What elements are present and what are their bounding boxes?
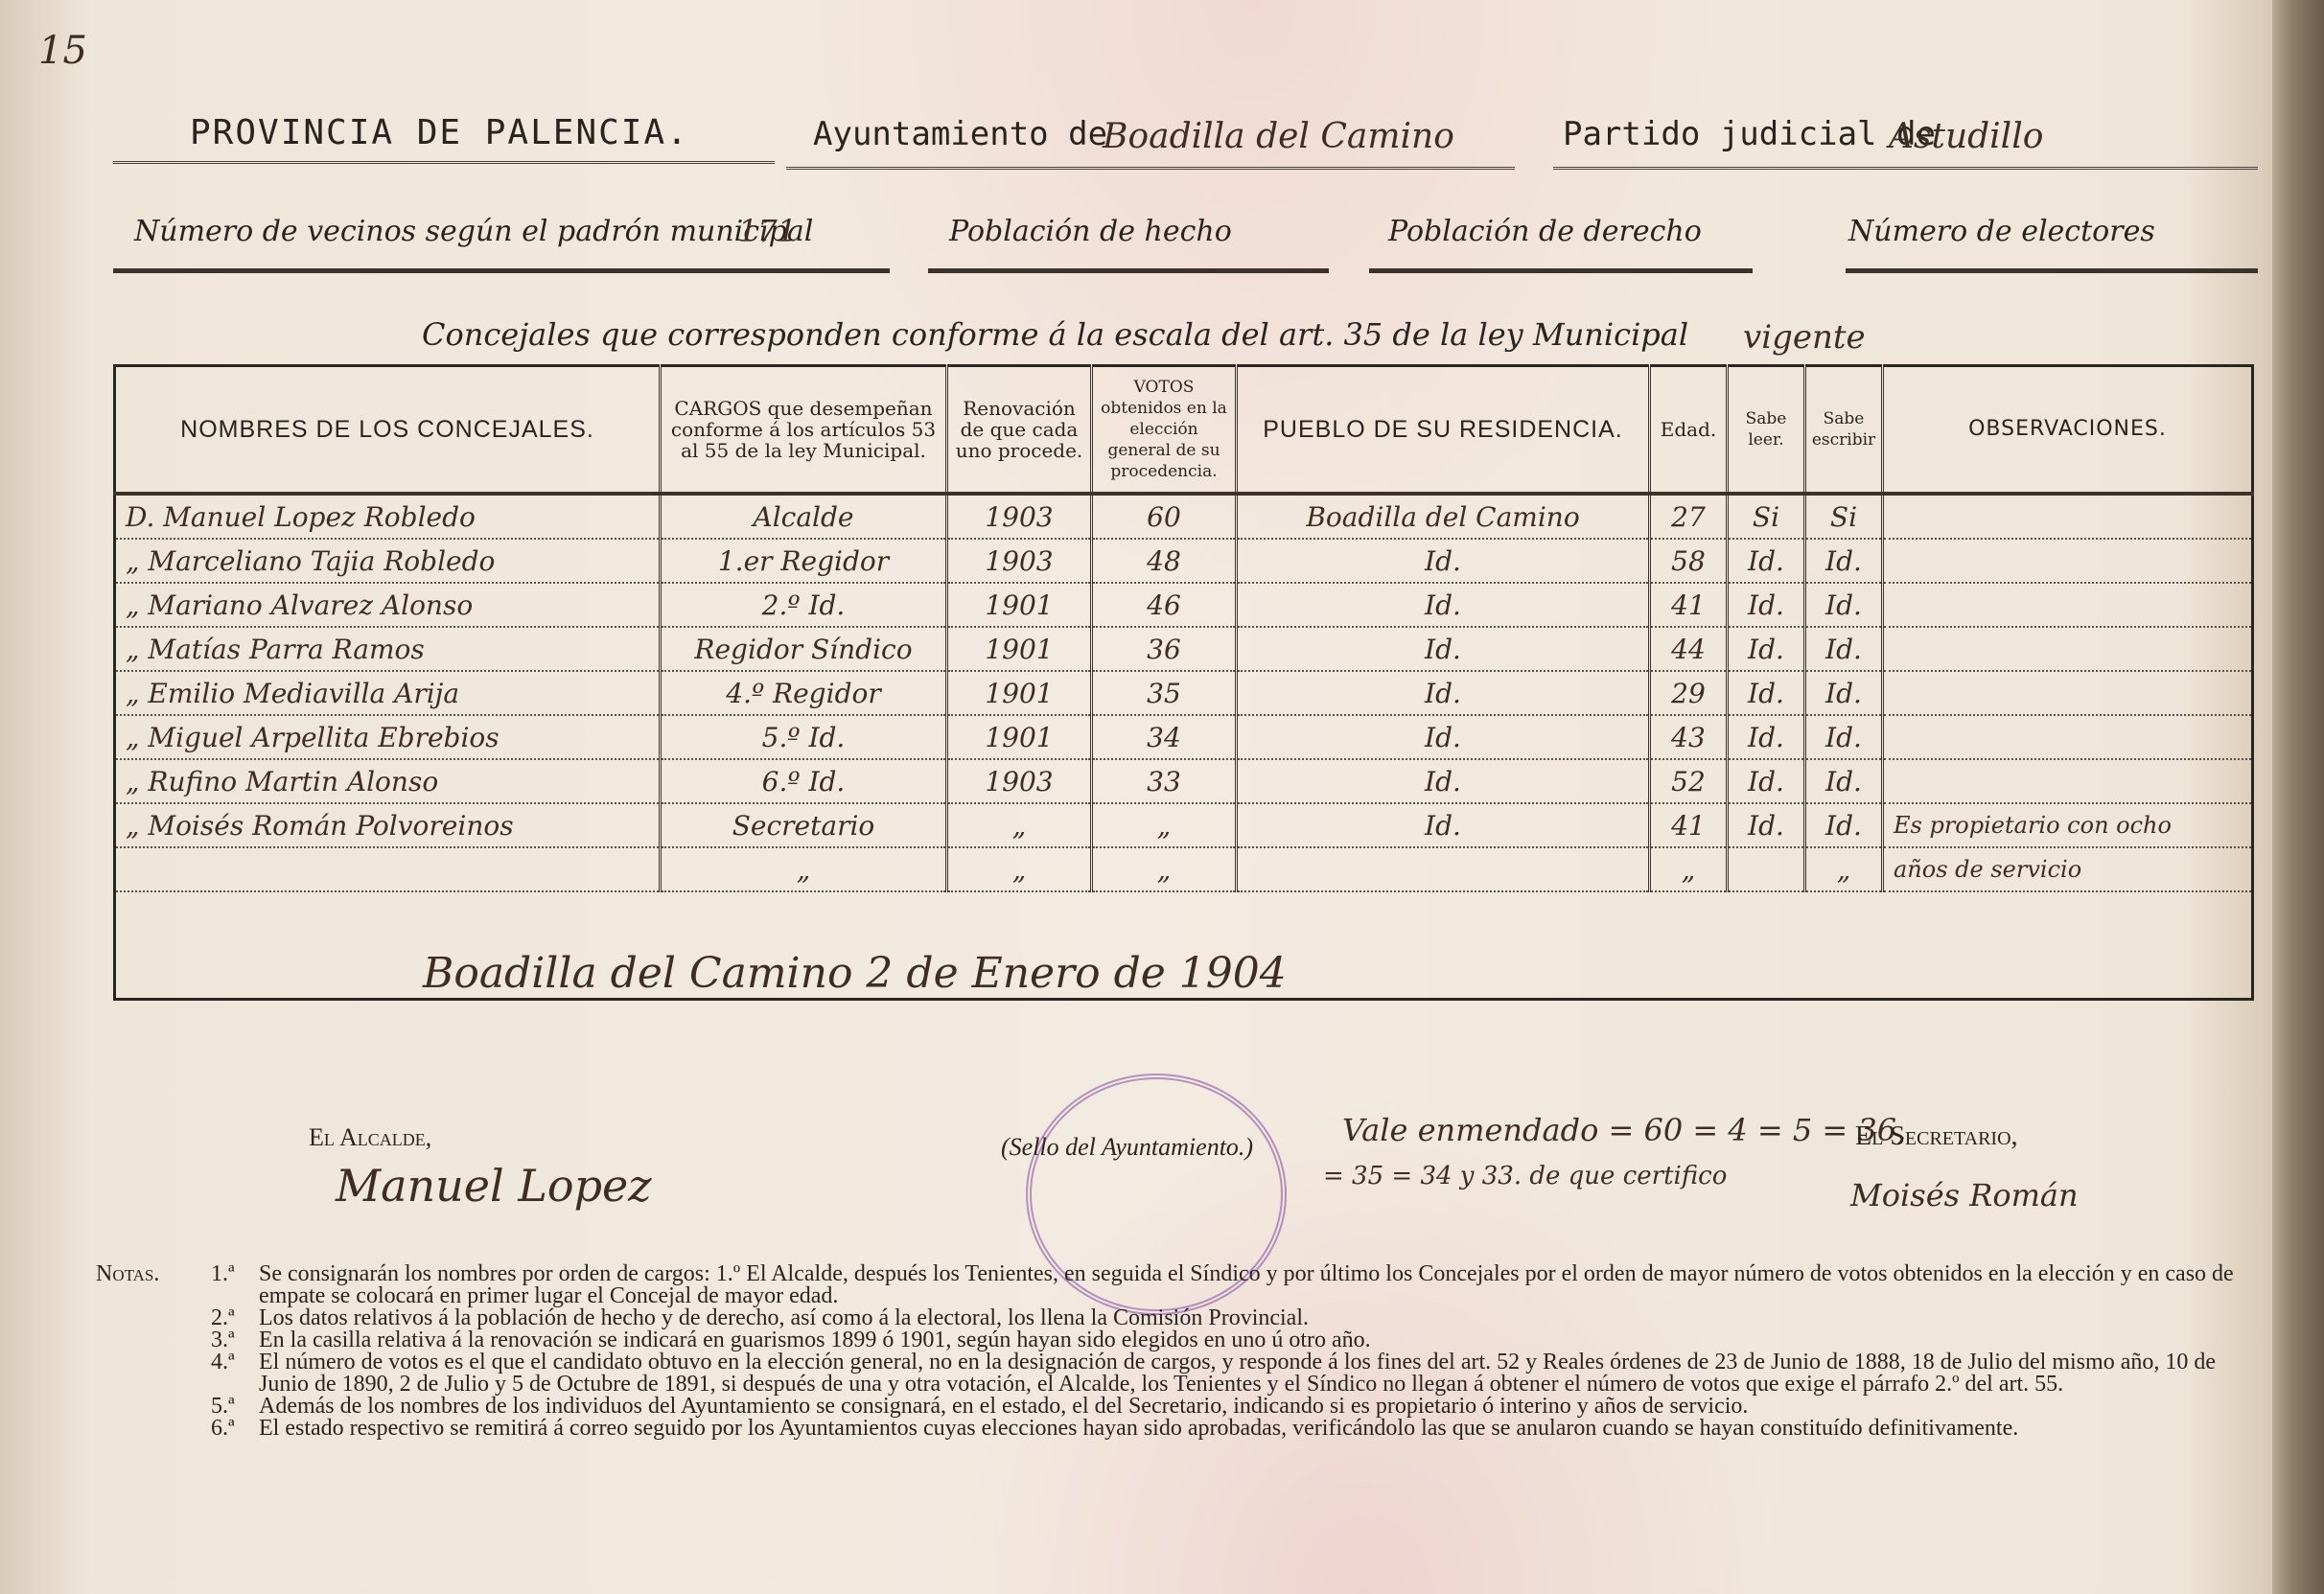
table-row: „ Moisés Román Polvoreinos Secretario „ … — [115, 803, 2253, 847]
cell-cargo: 6.º Id. — [661, 759, 947, 803]
col-nombres: NOMBRES DE LOS CONCEJALES. — [115, 366, 661, 495]
cell-edad: 43 — [1650, 715, 1728, 759]
province-title: PROVINCIA DE PALENCIA. — [190, 113, 689, 152]
cell-pueblo — [1237, 847, 1650, 891]
cell-nombre: „ Miguel Arpellita Ebrebios — [115, 715, 661, 759]
cell-cargo: Regidor Síndico — [661, 627, 947, 671]
cell-renovacion: 1903 — [947, 759, 1092, 803]
cell-observaciones — [1883, 539, 2253, 583]
cell-votos: 36 — [1092, 627, 1237, 671]
electores-label: Número de electores — [1848, 215, 2155, 248]
cell-renovacion: „ — [947, 803, 1092, 847]
table-row: „ Mariano Alvarez Alonso 2.º Id. 1901 46… — [115, 583, 2253, 627]
cell-leer: Id. — [1728, 539, 1805, 583]
enmendado-line-2: = 35 = 34 y 33. de que certifico — [1323, 1162, 1727, 1190]
table-row: D. Manuel Lopez Robledo Alcalde 1903 60 … — [115, 494, 2253, 539]
col-observaciones: OBSERVACIONES. — [1883, 366, 2253, 495]
cell-nombre: „ Mariano Alvarez Alonso — [115, 583, 661, 627]
cell-observaciones: Es propietario con ocho — [1883, 803, 2253, 847]
cell-leer: Si — [1728, 494, 1805, 539]
cell-leer — [1728, 847, 1805, 891]
cell-pueblo: Id. — [1237, 539, 1650, 583]
cell-escribir: Id. — [1805, 715, 1883, 759]
note-item: 3.ª En la casilla relativa á la renovaci… — [96, 1329, 2253, 1351]
alcalde-label: El Alcalde, — [309, 1123, 431, 1152]
cell-escribir: Id. — [1805, 627, 1883, 671]
cell-edad: 27 — [1650, 494, 1728, 539]
note-number: 5.ª — [211, 1396, 235, 1418]
cell-pueblo: Id. — [1237, 803, 1650, 847]
alcalde-signature: Manuel Lopez — [336, 1160, 651, 1212]
cell-votos: „ — [1092, 847, 1237, 891]
col-cargos: CARGOS que desempeñan conforme á los art… — [661, 366, 947, 495]
cell-edad: „ — [1650, 847, 1728, 891]
hecho-label: Población de hecho — [949, 215, 1232, 248]
note-item: 4.ª El número de votos es el que el cand… — [96, 1351, 2253, 1396]
underline — [113, 268, 890, 277]
cell-nombre: „ Marceliano Tajia Robledo — [115, 539, 661, 583]
cell-observaciones — [1883, 627, 2253, 671]
cell-pueblo: Id. — [1237, 583, 1650, 627]
cell-nombre: D. Manuel Lopez Robledo — [115, 494, 661, 539]
cell-observaciones — [1883, 494, 2253, 539]
table-row: „ Marceliano Tajia Robledo 1.er Regidor … — [115, 539, 2253, 583]
cell-nombre: „ Emilio Mediavilla Arija — [115, 671, 661, 715]
cell-observaciones: años de servicio — [1883, 847, 2253, 891]
cell-pueblo: Id. — [1237, 627, 1650, 671]
document-page: 15 PROVINCIA DE PALENCIA. Ayuntamiento d… — [0, 0, 2272, 1594]
note-text: Se consignarán los nombres por orden de … — [259, 1261, 2234, 1308]
note-text: El número de votos es el que el candidat… — [259, 1350, 2216, 1397]
note-number: 2.ª — [211, 1307, 235, 1329]
cell-observaciones — [1883, 759, 2253, 803]
cell-edad: 29 — [1650, 671, 1728, 715]
underline — [928, 268, 1329, 277]
cell-votos: 48 — [1092, 539, 1237, 583]
cell-escribir: Id. — [1805, 583, 1883, 627]
cell-votos: 34 — [1092, 715, 1237, 759]
cell-leer: Id. — [1728, 715, 1805, 759]
cell-pueblo: Boadilla del Camino — [1237, 494, 1650, 539]
cell-leer: Id. — [1728, 671, 1805, 715]
note-number: 4.ª — [211, 1351, 235, 1374]
cell-escribir: Id. — [1805, 671, 1883, 715]
cell-cargo: 5.º Id. — [661, 715, 947, 759]
cell-renovacion: 1903 — [947, 494, 1092, 539]
underline — [1846, 268, 2258, 277]
cell-leer: Id. — [1728, 583, 1805, 627]
cell-votos: 35 — [1092, 671, 1237, 715]
cell-nombre: „ Rufino Martin Alonso — [115, 759, 661, 803]
secretario-signature: Moisés Román — [1850, 1177, 2079, 1213]
cell-observaciones — [1883, 583, 2253, 627]
cell-cargo: 4.º Regidor — [661, 671, 947, 715]
cell-votos: „ — [1092, 803, 1237, 847]
cell-votos: 33 — [1092, 759, 1237, 803]
note-item: 2.ª Los datos relativos á la población d… — [96, 1307, 2253, 1329]
note-number: 1.ª — [211, 1263, 235, 1285]
cell-renovacion: 1903 — [947, 539, 1092, 583]
underline — [113, 161, 775, 168]
table-row: „ Miguel Arpellita Ebrebios 5.º Id. 1901… — [115, 715, 2253, 759]
notes-label: Notas. — [96, 1263, 159, 1285]
col-leer: Sabe leer. — [1728, 366, 1805, 495]
table-row: „ Rufino Martin Alonso 6.º Id. 1903 33 I… — [115, 759, 2253, 803]
cell-observaciones — [1883, 715, 2253, 759]
cell-votos: 60 — [1092, 494, 1237, 539]
table-row: „ Emilio Mediavilla Arija 4.º Regidor 19… — [115, 671, 2253, 715]
underline — [1553, 167, 2258, 173]
cell-edad: 41 — [1650, 803, 1728, 847]
concejales-title: Concejales que corresponden conforme á l… — [422, 316, 1688, 353]
sello-label: (Sello del Ayuntamiento.) — [1001, 1133, 1253, 1162]
cell-cargo: 2.º Id. — [661, 583, 947, 627]
date-line: Boadilla del Camino 2 de Enero de 1904 — [115, 891, 2253, 1000]
table-row: „ „ „ „ „ años de servicio — [115, 847, 2253, 891]
cell-leer: Id. — [1728, 627, 1805, 671]
table-date-row: Boadilla del Camino 2 de Enero de 1904 — [115, 891, 2253, 1000]
cell-leer: Id. — [1728, 759, 1805, 803]
partido-value: Astudillo — [1889, 117, 2043, 156]
note-item: Notas. 1.ª Se consignarán los nombres po… — [96, 1263, 2253, 1307]
cell-renovacion: 1901 — [947, 715, 1092, 759]
cell-pueblo: Id. — [1237, 759, 1650, 803]
cell-edad: 58 — [1650, 539, 1728, 583]
cell-observaciones — [1883, 671, 2253, 715]
cell-cargo: „ — [661, 847, 947, 891]
cell-renovacion: 1901 — [947, 583, 1092, 627]
enmendado-line-1: Vale enmendado = 60 = 4 = 5 = 36, — [1342, 1112, 1906, 1148]
note-number: 6.ª — [211, 1418, 235, 1440]
cell-renovacion: 1901 — [947, 671, 1092, 715]
col-renovacion: Renovación de que cada uno procede. — [947, 366, 1092, 495]
col-edad: Edad. — [1650, 366, 1728, 495]
cell-renovacion: „ — [947, 847, 1092, 891]
concejales-value: vigente — [1743, 318, 1866, 357]
cell-cargo: Alcalde — [661, 494, 947, 539]
notes-section: Notas. 1.ª Se consignarán los nombres po… — [96, 1263, 2253, 1440]
note-item: 6.ª El estado respectivo se remitirá á c… — [96, 1418, 2253, 1440]
cell-nombre — [115, 847, 661, 891]
vecinos-label: Número de vecinos según el padrón munici… — [134, 215, 813, 248]
page-mark: 15 — [38, 29, 87, 73]
col-escribir: Sabe escribir — [1805, 366, 1883, 495]
col-votos: VOTOS obtenidos en la elección general d… — [1092, 366, 1237, 495]
cell-votos: 46 — [1092, 583, 1237, 627]
underline — [1369, 268, 1753, 277]
partido-label: Partido judicial de — [1563, 115, 1936, 153]
cell-escribir: Id. — [1805, 803, 1883, 847]
cell-edad: 52 — [1650, 759, 1728, 803]
secretario-label: El Secretario, — [1855, 1121, 2018, 1152]
cell-escribir: Si — [1805, 494, 1883, 539]
cell-escribir: Id. — [1805, 539, 1883, 583]
cell-nombre: „ Matías Parra Ramos — [115, 627, 661, 671]
table-header-row: NOMBRES DE LOS CONCEJALES. CARGOS que de… — [115, 366, 2253, 495]
cell-escribir: „ — [1805, 847, 1883, 891]
ayuntamiento-value: Boadilla del Camino — [1103, 117, 1454, 156]
note-item: 5.ª Además de los nombres de los individ… — [96, 1396, 2253, 1418]
derecho-label: Población de derecho — [1388, 215, 1702, 248]
note-number: 3.ª — [211, 1329, 235, 1351]
cell-edad: 41 — [1650, 583, 1728, 627]
cell-pueblo: Id. — [1237, 671, 1650, 715]
underline — [786, 167, 1515, 173]
ayuntamiento-label: Ayuntamiento de — [813, 115, 1107, 153]
cell-renovacion: 1901 — [947, 627, 1092, 671]
cell-escribir: Id. — [1805, 759, 1883, 803]
note-text: El estado respectivo se remitirá á corre… — [259, 1416, 2018, 1441]
cell-pueblo: Id. — [1237, 715, 1650, 759]
cell-cargo: 1.er Regidor — [661, 539, 947, 583]
cell-leer: Id. — [1728, 803, 1805, 847]
book-edge — [2272, 0, 2324, 1594]
col-pueblo: PUEBLO DE SU RESIDENCIA. — [1237, 366, 1650, 495]
concejales-table: NOMBRES DE LOS CONCEJALES. CARGOS que de… — [113, 364, 2254, 1001]
vecinos-value: 171 — [738, 213, 797, 249]
cell-edad: 44 — [1650, 627, 1728, 671]
cell-nombre: „ Moisés Román Polvoreinos — [115, 803, 661, 847]
cell-cargo: Secretario — [661, 803, 947, 847]
table-row: „ Matías Parra Ramos Regidor Síndico 190… — [115, 627, 2253, 671]
